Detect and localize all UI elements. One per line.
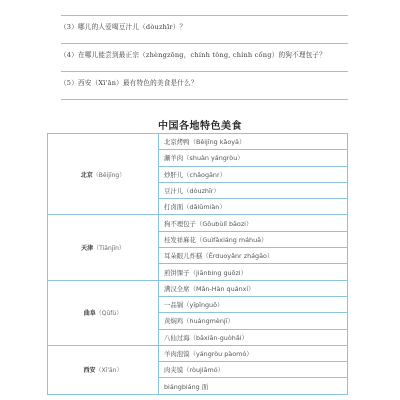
answer-line-3 (61, 43, 348, 44)
dish-name: 豆汁儿 (164, 187, 183, 195)
dish-name: 耳朵眼儿炸糕 (164, 252, 202, 260)
dish-cell: 八仙过海（bāxiān-guòhǎi） (159, 329, 348, 345)
dish-pinyin: （Běijīng kǎoyā） (190, 138, 246, 146)
dish-name: 满汉全席 (164, 285, 190, 293)
answer-line-5 (61, 99, 348, 100)
regional-food-table: 北京（Běijīng） 北京烤鸭（Běijīng kǎoyā） 涮羊肉（shuà… (47, 133, 348, 395)
question-3: （3）哪儿的人爱喝豆汁儿（dòuzhīr）？ (60, 21, 186, 31)
dish-cell: 满汉全席（Mǎn-Hàn quánxí） (159, 280, 348, 296)
table-row: 西安（Xī'ān） 羊肉泡馍（yángròu pàomó） (48, 345, 348, 361)
table-row: 北京（Běijīng） 北京烤鸭（Běijīng kǎoyā） (48, 134, 348, 150)
dish-pinyin: （chǎogānr） (183, 171, 226, 179)
dish-pinyin: （shuàn yángròu） (183, 154, 243, 162)
city-name: 西安 (84, 367, 96, 374)
dish-pinyin: （jiānbing guǒzi） (190, 269, 247, 277)
dish-cell: 羊肉泡馍（yángròu pàomó） (159, 345, 348, 361)
dish-name: 黄焖鸡 (164, 317, 183, 325)
dish-name: 桂发祥麻花 (164, 236, 196, 244)
dish-name: 面 (202, 383, 208, 391)
dish-cell: 涮羊肉（shuàn yángròu） (159, 150, 348, 166)
answer-line-2 (61, 15, 348, 16)
city-pinyin: （Tiānjīn） (93, 245, 125, 252)
table-title: 中国各地特色美食 (0, 117, 400, 132)
dish-cell: 打卤面（dǎlǔmiàn） (159, 199, 348, 215)
dish-name: 北京烤鸭 (164, 138, 190, 146)
dish-cell: 黄焖鸡（huángmènjī） (159, 313, 348, 329)
city-name: 天津 (81, 245, 93, 252)
city-name: 曲阜 (84, 310, 96, 317)
answer-line-4 (61, 71, 348, 72)
dish-name: 狗不理包子 (164, 220, 196, 228)
dish-pinyin: （Ěrduoyǎnr zhágāo） (202, 252, 273, 260)
dish-cell: 一品锅（yīpǐnguō） (159, 296, 348, 312)
dish-cell: 肉夹馍（ròujiāmó） (159, 362, 348, 378)
dish-pinyin: （Gǒubùlǐ bāozi） (196, 220, 252, 228)
dish-pinyin: （dǎlǔmiàn） (183, 203, 226, 211)
dish-pinyin: （Guìfāxiáng máhuā） (196, 236, 268, 244)
dish-cell: 豆汁儿（dòuzhīr） (159, 182, 348, 198)
dish-pinyin: （dòuzhīr） (183, 187, 220, 195)
dish-pinyin: （Mǎn-Hàn quánxí） (190, 285, 255, 293)
dish-pinyin: （huángmènjī） (183, 317, 234, 325)
dish-cell: 狗不理包子（Gǒubùlǐ bāozi） (159, 215, 348, 231)
dish-cell: 桂发祥麻花（Guìfāxiáng máhuā） (159, 231, 348, 247)
dish-name: 一品锅 (164, 301, 183, 309)
dish-pinyin: （yīpǐnguō） (183, 301, 223, 309)
city-cell-xian: 西安（Xī'ān） (48, 345, 159, 394)
city-pinyin: （Xī'ān） (96, 367, 123, 374)
dish-cell: 北京烤鸭（Běijīng kǎoyā） (159, 134, 348, 150)
dish-pinyin: biángbiáng (164, 383, 202, 391)
city-cell-qufu: 曲阜（Qūfù） (48, 280, 159, 345)
table-row: 天津（Tiānjīn） 狗不理包子（Gǒubùlǐ bāozi） (48, 215, 348, 231)
question-4: （4）在哪儿能尝到最正宗（zhèngzōng，chính tông, chính… (60, 49, 326, 59)
city-pinyin: （Qūfù） (96, 310, 122, 317)
dish-name: 炒肝儿 (164, 171, 183, 179)
dish-cell: 煎饼馃子（jiānbing guǒzi） (159, 264, 348, 280)
table-row: 曲阜（Qūfù） 满汉全席（Mǎn-Hàn quánxí） (48, 280, 348, 296)
question-5: （5）西安（Xī'ān）最有特色的美食是什么？ (60, 77, 198, 87)
dish-cell: 耳朵眼儿炸糕（Ěrduoyǎnr zhágāo） (159, 248, 348, 264)
dish-name: 八仙过海 (164, 334, 190, 342)
city-pinyin: （Běijīng） (93, 172, 125, 179)
city-cell-beijing: 北京（Běijīng） (48, 134, 159, 215)
dish-cell: biángbiáng 面 (159, 378, 348, 394)
dish-pinyin: （yángròu pàomó） (190, 350, 253, 358)
dish-name: 羊肉泡馍 (164, 350, 190, 358)
dish-name: 煎饼馃子 (164, 269, 190, 277)
dish-name: 打卤面 (164, 203, 183, 211)
dish-pinyin: （bāxiān-guòhǎi） (190, 334, 248, 342)
city-name: 北京 (81, 172, 93, 179)
city-cell-tianjin: 天津（Tiānjīn） (48, 215, 159, 280)
dish-name: 涮羊肉 (164, 154, 183, 162)
dish-pinyin: （ròujiāmó） (183, 366, 224, 374)
dish-cell: 炒肝儿（chǎogānr） (159, 166, 348, 182)
dish-name: 肉夹馍 (164, 366, 183, 374)
